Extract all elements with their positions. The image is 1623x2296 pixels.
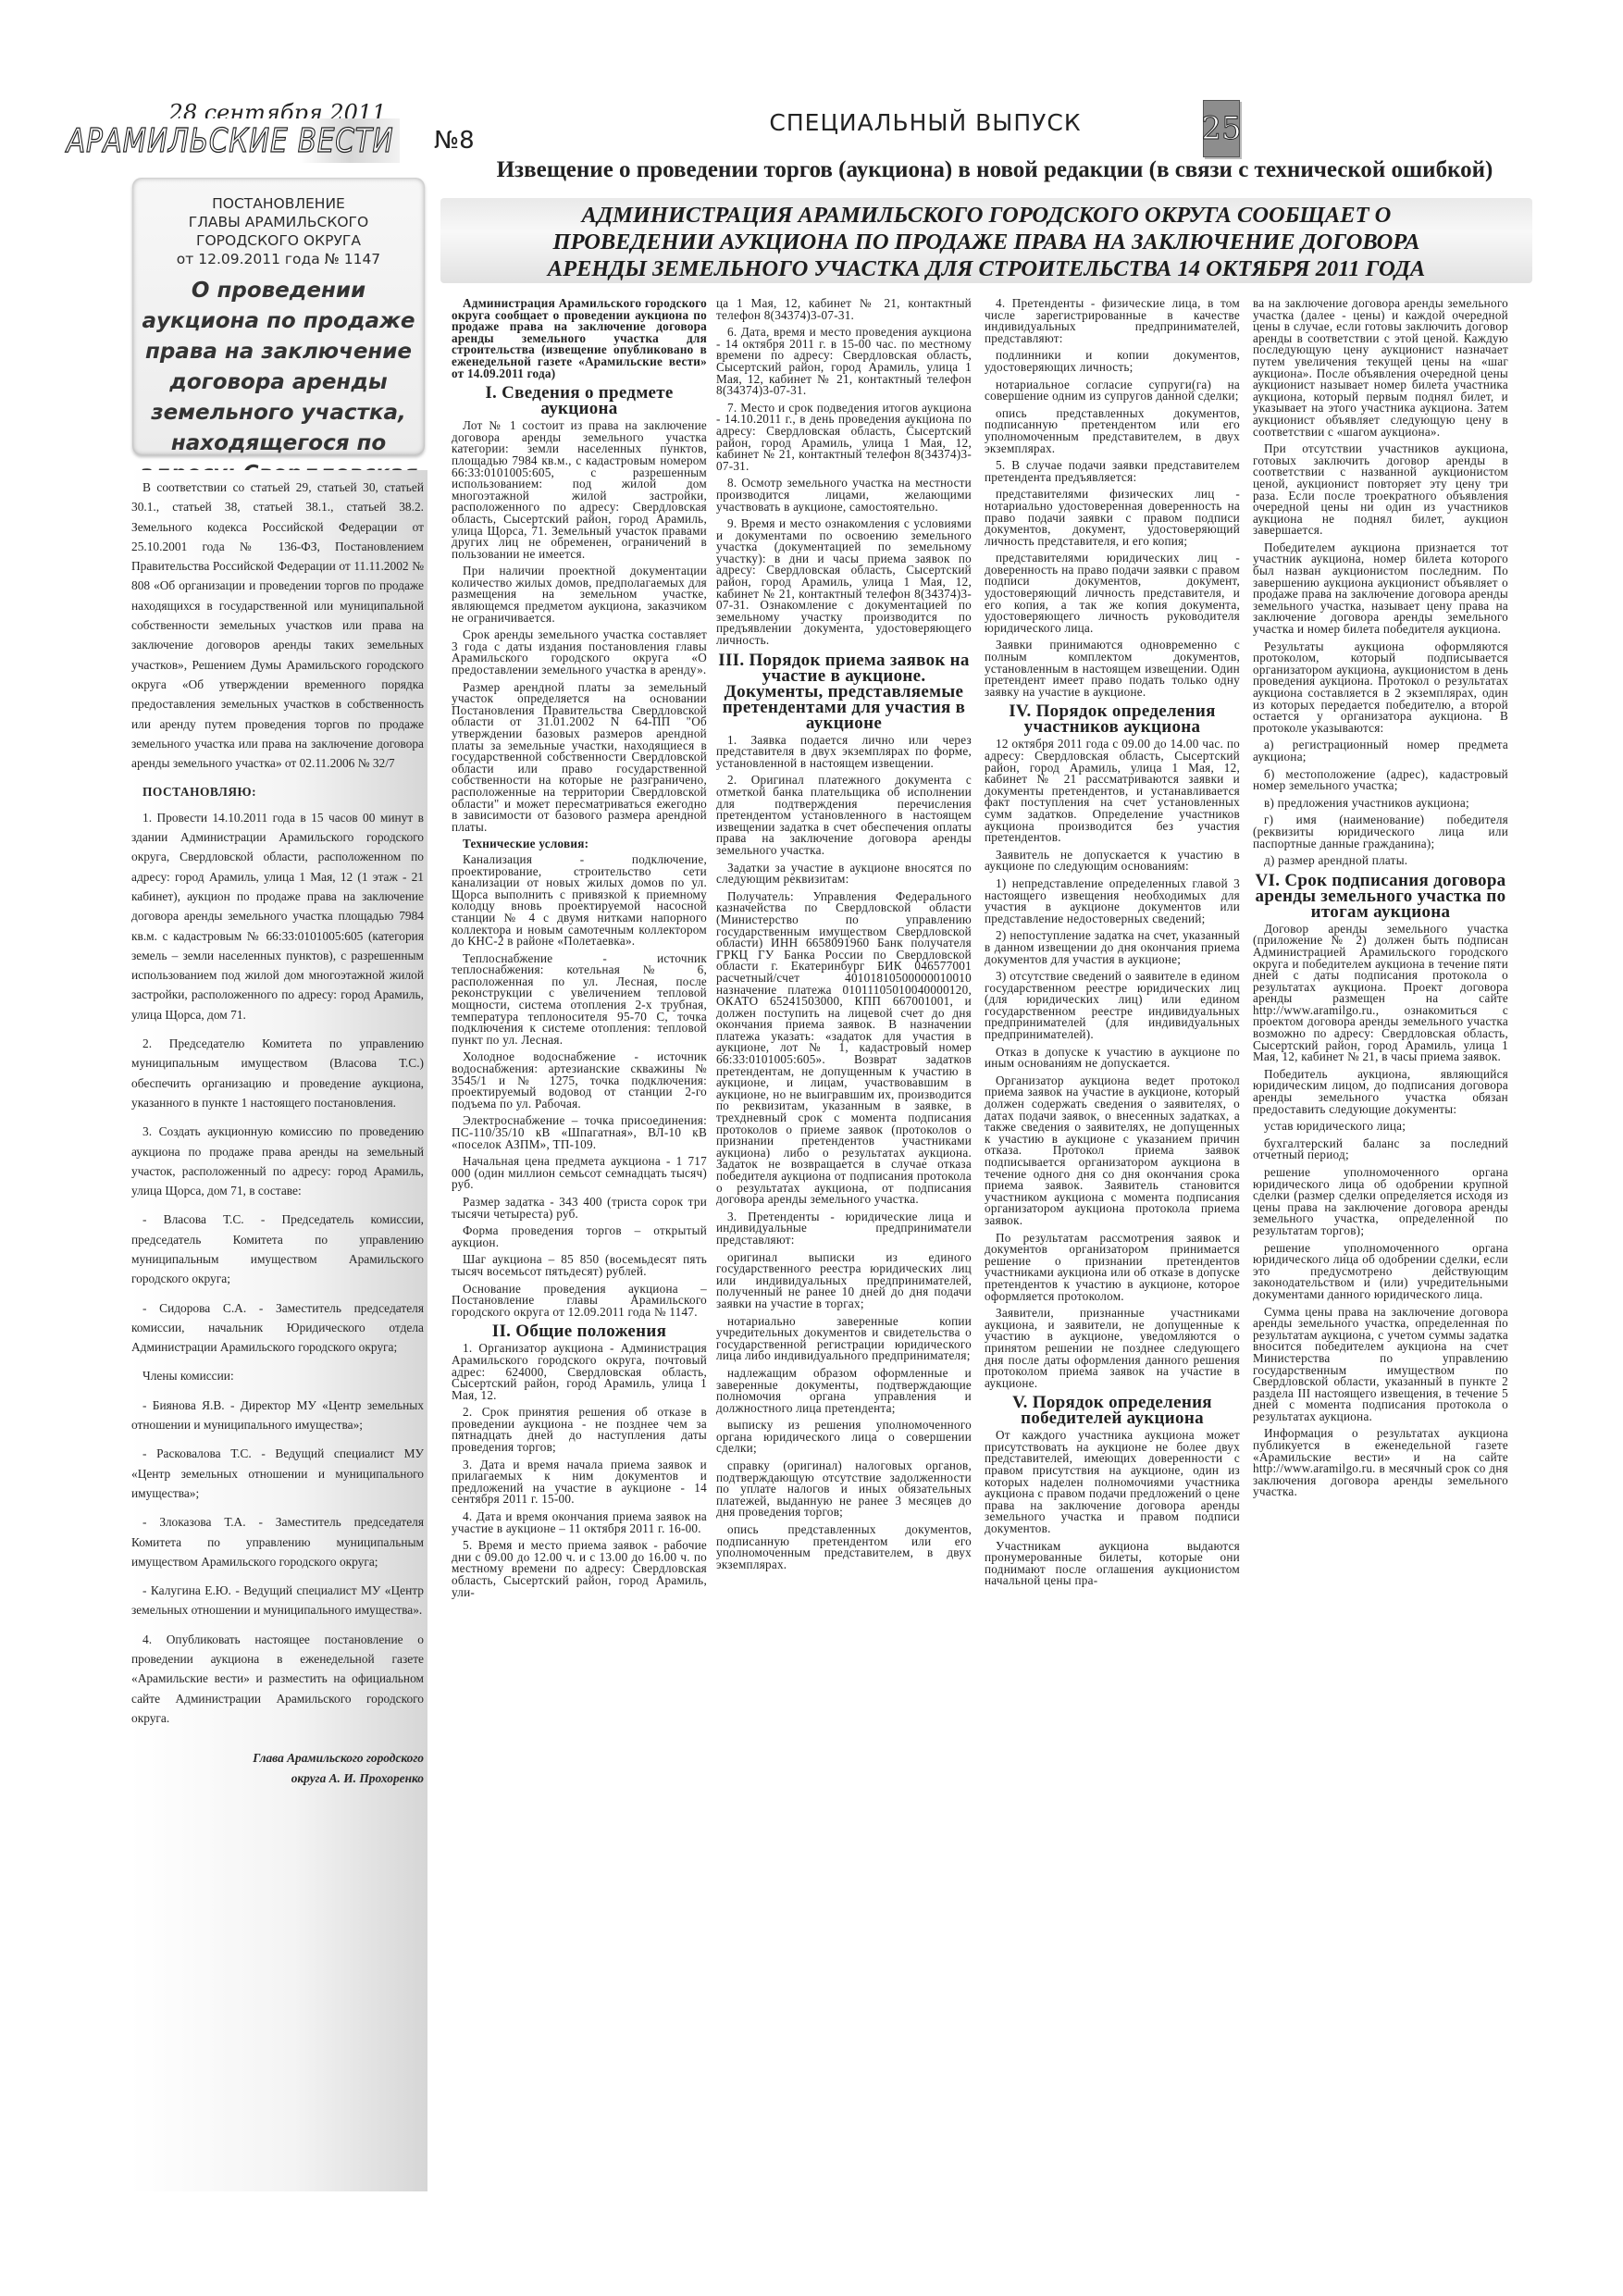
paragraph: надлежащим образом оформленные и заверен… bbox=[716, 1368, 972, 1414]
paragraph: Заявители, признанные участниками аукцио… bbox=[985, 1308, 1240, 1389]
paragraph: От каждого участника аукциона может прис… bbox=[985, 1430, 1240, 1534]
paragraph: Организатор аукциона ведет протокол прие… bbox=[985, 1075, 1240, 1227]
paragraph: 9. Время и место ознакомления с условиям… bbox=[716, 518, 972, 647]
decree-item: - Власова Т.С. - Председатель комиссии, … bbox=[131, 1210, 424, 1288]
decree-preamble: В соответствии со статьей 29, статьей 30… bbox=[131, 478, 424, 773]
paragraph: в) предложения участников аукциона; bbox=[1253, 798, 1508, 810]
paragraph: 6. Дата, время и место проведения аукцио… bbox=[716, 327, 972, 397]
paragraph: 5. В случае подачи заявки представителем… bbox=[985, 460, 1240, 483]
section-heading: V. Порядок определения победителей аукци… bbox=[985, 1395, 1240, 1426]
subsection-title: Технические условия: bbox=[452, 838, 707, 850]
paragraph: Лот № 1 состоит из права на заключение д… bbox=[452, 420, 707, 560]
paragraph: 3) отсутствие сведений о заявителе в еди… bbox=[985, 971, 1240, 1041]
decree-word: ПОСТАНОВЛЯЮ: bbox=[131, 782, 424, 801]
paragraph: Заявки принимаются одновременно с полным… bbox=[985, 639, 1240, 698]
section-heading: II. Общие положения bbox=[452, 1323, 707, 1339]
paragraph: Размер арендной платы за земельный участ… bbox=[452, 682, 707, 834]
paragraph: Срок аренды земельного участка составляе… bbox=[452, 629, 707, 676]
paragraph: опись представленных документов, подписа… bbox=[985, 408, 1240, 454]
section-label: СПЕЦИАЛЬНЫЙ ВЫПУСК bbox=[740, 109, 1110, 136]
paragraph: 1. Заявка подается лично или через предс… bbox=[716, 735, 972, 770]
headline: АДМИНИСТРАЦИЯ АРАМИЛЬСКОГО ГОРОДСКОГО ОК… bbox=[440, 202, 1532, 282]
paragraph: 2) непоступление задатка на счет, указан… bbox=[985, 930, 1240, 965]
paragraph: 3. Дата и время начала приема заявок и п… bbox=[452, 1459, 707, 1506]
paragraph: а) регистрационный номер предмета аукцио… bbox=[1253, 739, 1508, 763]
paragraph: б) местоположение (адрес), кадастровый н… bbox=[1253, 769, 1508, 792]
newspaper-name: АРАМИЛЬСКИЕ ВЕСТИ bbox=[67, 122, 393, 160]
paragraph: Победителем аукциона признается тот учас… bbox=[1253, 542, 1508, 636]
paragraph: Основание проведения аукциона – Постанов… bbox=[452, 1284, 707, 1319]
paragraph: устав юридического лица; bbox=[1253, 1121, 1508, 1133]
paragraph: Теплоснабжение - источник теплоснабжения… bbox=[452, 953, 707, 1047]
paragraph: Результаты аукциона оформляются протокол… bbox=[1253, 641, 1508, 735]
paragraph: 4. Претенденты - физические лица, в том … bbox=[985, 298, 1240, 344]
paragraph: 1) непредставление определенных главой 3… bbox=[985, 878, 1240, 925]
article-column-2: ца 1 Мая, 12, кабинет № 21, контактный т… bbox=[716, 298, 972, 1576]
paragraph: нотариальное согласие супруги(га) на сов… bbox=[985, 379, 1240, 403]
article-column-1: Администрация Арамильского городского ок… bbox=[452, 298, 707, 1604]
paragraph: Размер задатка - 343 400 (триста сорок т… bbox=[452, 1197, 707, 1220]
decree-item: - Биянова Я.В. - Директор МУ «Центр земе… bbox=[131, 1396, 424, 1435]
paragraph: решение уполномоченного органа юридическ… bbox=[1253, 1243, 1508, 1301]
paragraph: Договор аренды земельного участка (прило… bbox=[1253, 924, 1508, 1063]
paragraph: Шаг аукциона – 85 850 (восемьдесят пять … bbox=[452, 1254, 707, 1277]
paragraph: Канализация - подключение, проектировани… bbox=[452, 854, 707, 948]
paragraph: Информация о результатах аукциона публик… bbox=[1253, 1428, 1508, 1498]
headline-banner: АДМИНИСТРАЦИЯ АРАМИЛЬСКОГО ГОРОДСКОГО ОК… bbox=[440, 198, 1532, 283]
section-heading: I. Сведения о предмете аукциона bbox=[452, 385, 707, 416]
paragraph: 8. Осмотр земельного участка на местност… bbox=[716, 478, 972, 513]
decree-item: - Злоказова Т.А. - Заместитель председат… bbox=[131, 1512, 424, 1571]
paragraph: справку (оригинал) налоговых органов, по… bbox=[716, 1460, 972, 1519]
newspaper-masthead: АРАМИЛЬСКИЕ ВЕСТИ №8 bbox=[67, 118, 400, 163]
paragraph: бухгалтерский баланс за последний отчетн… bbox=[1253, 1138, 1508, 1161]
paragraph: При отсутствии участников аукциона, гото… bbox=[1253, 443, 1508, 537]
paragraph: нотариально заверенные копии учредительн… bbox=[716, 1316, 972, 1362]
decree-item: 1. Провести 14.10.2011 года в 15 часов 0… bbox=[131, 808, 424, 1024]
paragraph: Начальная цена предмета аукциона - 1 717… bbox=[452, 1156, 707, 1191]
paragraph: Участникам аукциона выдаются пронумерова… bbox=[985, 1541, 1240, 1587]
decree-item: Члены комиссии: bbox=[131, 1366, 424, 1385]
section-heading: IV. Порядок определения участников аукци… bbox=[985, 703, 1240, 735]
paragraph: 7. Место и срок подведения итогов аукцио… bbox=[716, 403, 972, 473]
paragraph: Форма проведения торгов – открытый аукци… bbox=[452, 1225, 707, 1248]
decree-item: 2. Председателю Комитета по управлению м… bbox=[131, 1034, 424, 1112]
paragraph: 12 октября 2011 года с 09.00 до 14.00 ча… bbox=[985, 738, 1240, 843]
decree-item: - Калугина Е.Ю. - Ведущий специалист МУ … bbox=[131, 1581, 424, 1620]
decree-title-box: ПОСТАНОВЛЕНИЕ ГЛАВЫ АРАМИЛЬСКОГО ГОРОДСК… bbox=[132, 178, 425, 455]
paragraph: оригинал выписки из единого государствен… bbox=[716, 1252, 972, 1310]
decree-item: - Сидорова С.А. - Заместитель председате… bbox=[131, 1298, 424, 1358]
paragraph: решение уполномоченного органа юридическ… bbox=[1253, 1167, 1508, 1237]
paragraph: Холодное водоснабжение - источник водосн… bbox=[452, 1051, 707, 1110]
paragraph: опись представленных документов, подписа… bbox=[716, 1524, 972, 1570]
paragraph: По результатам рассмотрения заявок и док… bbox=[985, 1233, 1240, 1303]
paragraph: Заявитель не допускается к участию в аук… bbox=[985, 850, 1240, 873]
paragraph: 3. Претенденты - юридические лица и инди… bbox=[716, 1211, 972, 1247]
paragraph: 2. Оригинал платежного документа с отмет… bbox=[716, 775, 972, 856]
decree-heading: ПОСТАНОВЛЕНИЕ ГЛАВЫ АРАМИЛЬСКОГО ГОРОДСК… bbox=[132, 194, 425, 268]
article-column-3: 4. Претенденты - физические лица, в том … bbox=[985, 298, 1240, 1593]
section-heading: III. Порядок приема заявок на участие в … bbox=[716, 652, 972, 731]
paragraph: Победитель аукциона, являющийся юридичес… bbox=[1253, 1069, 1508, 1115]
paragraph: 1. Организатор аукциона - Администрация … bbox=[452, 1343, 707, 1401]
paragraph: Сумма цены права на заключение договора … bbox=[1253, 1307, 1508, 1423]
paragraph: 2. Срок принятия решения об отказе в про… bbox=[452, 1407, 707, 1453]
signature: Глава Арамильского городского округа А. … bbox=[131, 1748, 424, 1789]
article-lead: Администрация Арамильского городского ок… bbox=[452, 298, 707, 379]
decree-item: 3. Создать аукционную комиссию по провед… bbox=[131, 1122, 424, 1200]
paragraph: ца 1 Мая, 12, кабинет № 21, контактный т… bbox=[716, 298, 972, 321]
paragraph: Электроснабжение – точка присоединения: … bbox=[452, 1115, 707, 1150]
payment-details: Получатель: Управления Федерального казн… bbox=[716, 891, 972, 1206]
paragraph: При наличии проектной документации колич… bbox=[452, 565, 707, 624]
paragraph: Отказ в допуске к участию в аукционе по … bbox=[985, 1047, 1240, 1070]
section-heading: VI. Срок подписания договора аренды земе… bbox=[1253, 873, 1508, 920]
notice-subheading: Извещение о проведении торгов (аукциона)… bbox=[463, 157, 1527, 183]
paragraph: 5. Время и место приема заявок - рабочие… bbox=[452, 1540, 707, 1598]
paragraph: представителями юридических лиц - довере… bbox=[985, 552, 1240, 634]
paragraph: г) имя (наименование) победителя (реквиз… bbox=[1253, 814, 1508, 850]
paragraph: д) размер арендной платы. bbox=[1253, 855, 1508, 867]
decree-item: - Расковалова Т.С. - Ведущий специалист … bbox=[131, 1444, 424, 1503]
paragraph: ва на заключение договора аренды земельн… bbox=[1253, 298, 1508, 438]
issue-number: №8 bbox=[434, 127, 475, 155]
decree-column: В соответствии со статьей 29, статьей 30… bbox=[130, 470, 427, 2191]
page-number: 25 bbox=[1203, 100, 1240, 157]
paragraph: представителями физических лиц - нотариа… bbox=[985, 489, 1240, 547]
decree-item: 4. Опубликовать настоящее постановление … bbox=[131, 1630, 424, 1728]
paragraph: Задатки за участие в аукционе вносятся п… bbox=[716, 863, 972, 886]
paragraph: 4. Дата и время окончания приема заявок … bbox=[452, 1511, 707, 1534]
paragraph: выписку из решения уполномоченного орган… bbox=[716, 1420, 972, 1455]
article-column-4: ва на заключение договора аренды земельн… bbox=[1253, 298, 1508, 1504]
paragraph: подлинники и копии документов, удостовер… bbox=[985, 350, 1240, 373]
